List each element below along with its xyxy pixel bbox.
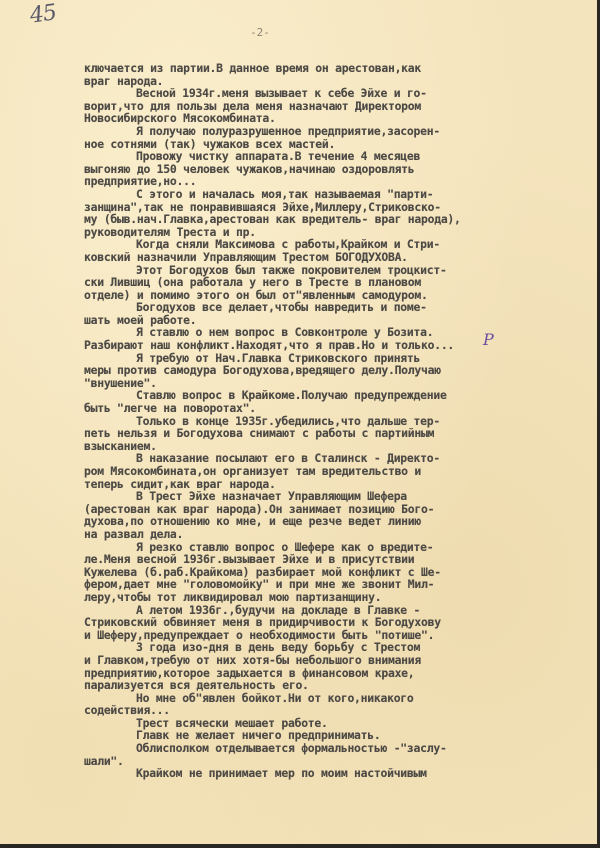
text-line: Разбирают наш конфликт.Находят,что я пра… xyxy=(84,339,584,352)
text-line: Богодухов все делает,чтобы навредить и п… xyxy=(84,301,584,314)
text-line: Стриковский обвиняет меня в придирчивост… xyxy=(84,616,584,629)
handwritten-archive-number: 45 xyxy=(28,0,57,28)
text-line: Облисполком отделывается формальностью -… xyxy=(84,742,584,755)
text-line: парализуется вся деятельность его. xyxy=(84,679,584,692)
text-line: В Трест Эйхе назначает Управляющим Шефер… xyxy=(84,490,584,503)
text-line: петь нельзя и Богодухова снимают с работ… xyxy=(84,427,584,440)
text-line: С этого и началась моя,так называемая "п… xyxy=(84,188,584,201)
text-line: ковский назначили Управляющим Трестом БО… xyxy=(84,251,584,264)
text-line: Я получаю полуразрушенное предприятие,за… xyxy=(84,125,584,138)
text-line: ле.Меня весной 1936г.вызывает Эйхе и в п… xyxy=(84,553,584,566)
text-line: ключается из партии.В данное время он ар… xyxy=(84,62,584,75)
text-line: меры против самодура Богодухова,вредящег… xyxy=(84,364,584,377)
text-line: ром Мясокомбината,он организует там вред… xyxy=(84,465,584,478)
text-line: и Главком,требую от них хотя-бы небольшо… xyxy=(84,654,584,667)
text-line: Крайком не принимает мер по моим настойч… xyxy=(84,767,584,780)
document-page: 45 -2- Р ключается из партии.В данное вр… xyxy=(0,0,597,844)
text-line: Провожу чистку аппарата.В течение 4 меся… xyxy=(84,150,584,163)
page-number: -2- xyxy=(0,26,520,39)
text-line: Весной 1934г.меня вызывает к себе Эйхе и… xyxy=(84,87,584,100)
text-line: му (быв.нач.Главка,арестован как вредите… xyxy=(84,213,584,226)
text-line: леру,чтобы тот ликвидировал мою партизан… xyxy=(84,591,584,604)
text-line: на развал дела. xyxy=(84,528,584,541)
typewritten-body: ключается из партии.В данное время он ар… xyxy=(84,62,584,780)
text-line: быть "легче на поворотах". xyxy=(84,402,584,415)
text-line: ски Лившиц (она работала у него в Тресте… xyxy=(84,276,584,289)
text-line: содействия... xyxy=(84,704,584,717)
